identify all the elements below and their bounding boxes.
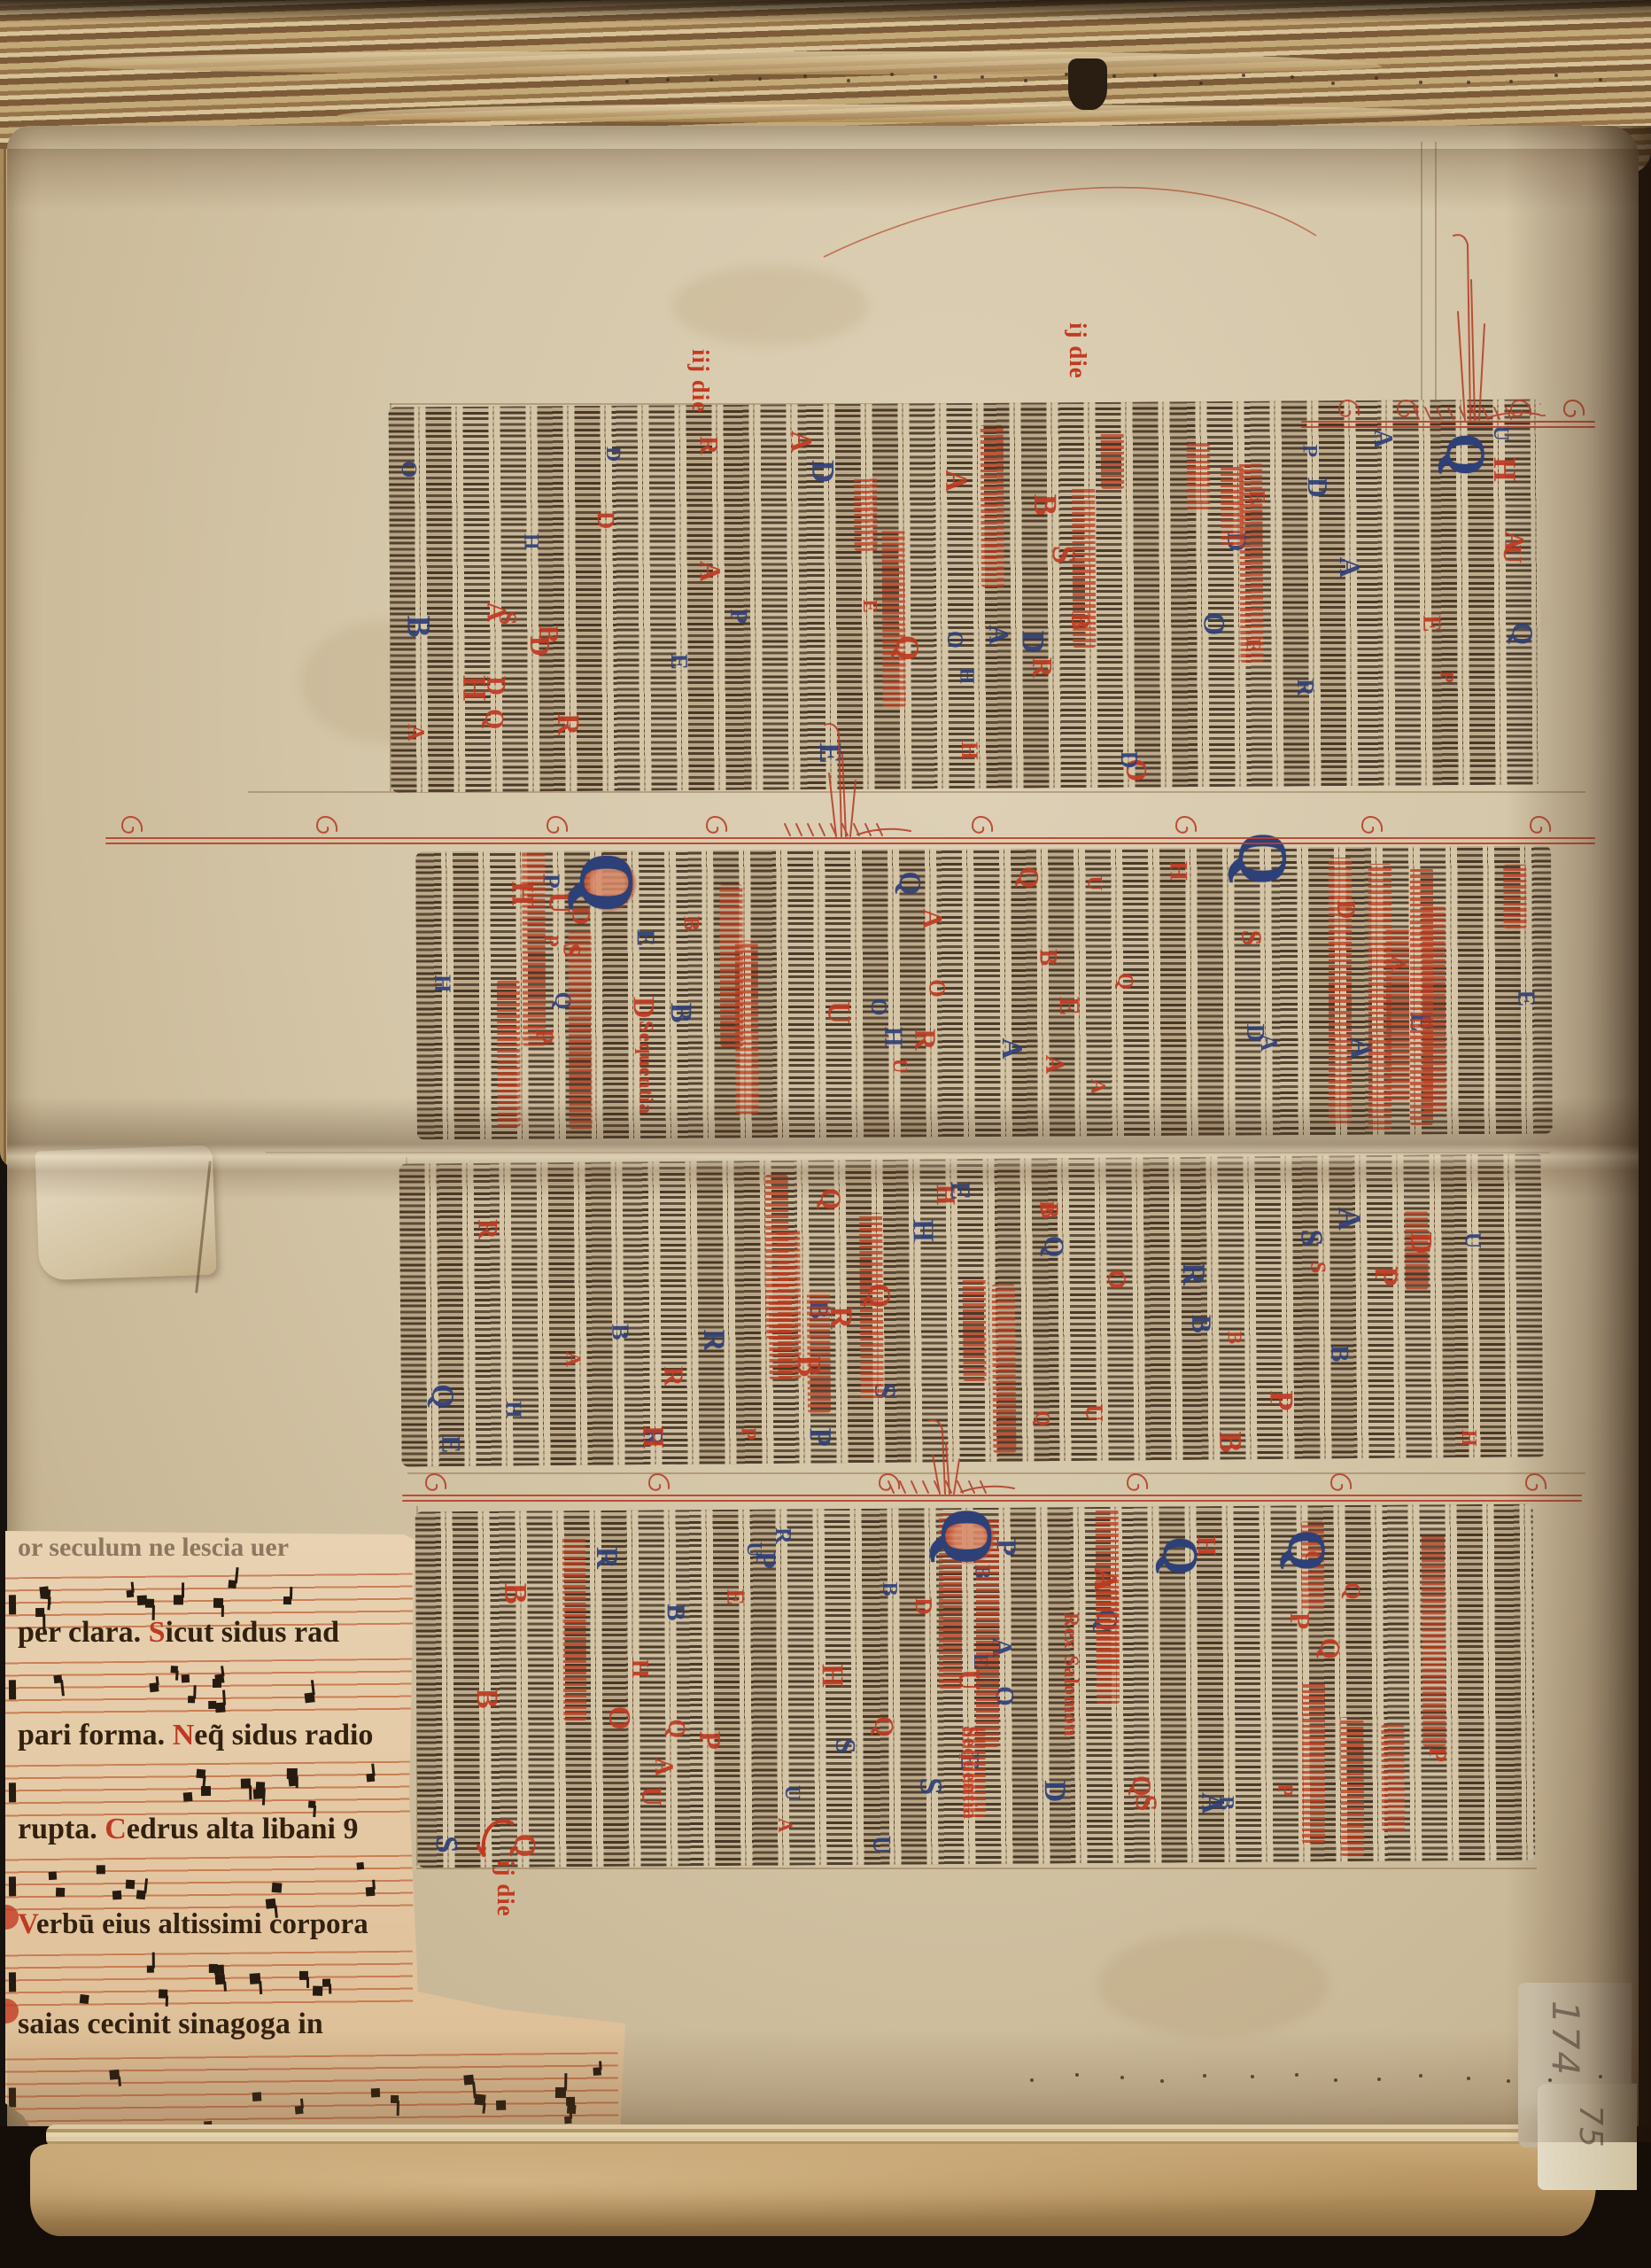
lombard-initial: H [501,1401,523,1418]
lombard-initial: Q [894,872,925,896]
music-staff [5,1951,414,2010]
rubric-word-sequentia: Sequentia [958,1726,981,1820]
lombard-initial: H [628,1658,652,1677]
lombard-initial: H [520,533,541,549]
neume-mark [289,1778,298,1787]
neume-mark [266,1898,276,1908]
neume-mark [171,1666,179,1674]
lombard-initial: U [868,1836,894,1854]
lombard-initial: P [1285,1612,1314,1629]
lombard-initial: A [1086,1078,1107,1093]
pricking-dot [758,77,762,81]
ruling-line [416,1868,1537,1869]
neume-mark [97,1865,106,1875]
red-initial: N [173,1719,195,1751]
lombard-initial: U [1081,1404,1105,1423]
shadow [7,149,1639,211]
rubric-line [562,1537,585,1720]
neume-mark [313,1986,323,1997]
red-initial: V [18,1908,36,1940]
lower-board-edge [30,2144,1596,2236]
neume-mark [159,1989,167,1998]
lombard-initial: O [1103,1270,1128,1290]
lombard-initial: Q [427,1384,459,1409]
clef-mark [9,1595,16,1614]
large-blue-initial: Q [1155,1536,1205,1575]
clef-mark [9,1680,16,1699]
red-flourish-band [106,732,1594,865]
lombard-initial: B [401,615,435,637]
neume-mark [228,1581,236,1589]
pricking-dot [1199,82,1203,85]
red-initial: C [105,1813,127,1845]
lombard-initial: Q [1039,1235,1067,1257]
marginal-note-upper-middle: ij die [1064,322,1091,379]
neume-mark [214,1674,225,1684]
rubric-line [1096,1590,1120,1668]
lombard-initial: P [1369,1266,1403,1286]
marginal-note-lower: ij die [492,1860,519,1917]
neume-mark [283,1596,291,1604]
rubric-line [963,1278,987,1380]
fragment-text: erbū eius altissimi corpora [36,1908,368,1940]
right-edge-shadow [1506,126,1651,2142]
lombard-initial: D [483,676,510,695]
pricking-dot [666,78,670,82]
lombard-initial: R [1177,1262,1210,1286]
parchment-stain [673,266,868,346]
lombard-initial: B [679,916,701,931]
red-flourish-band [403,1425,1581,1504]
neume-mark [308,1801,316,1809]
lombard-initial: A [786,431,816,453]
clef-mark [9,1783,16,1802]
neume-mark [366,1773,375,1782]
neume-mark [125,1879,135,1889]
red-initial: S [149,1616,166,1649]
lombard-initial: A [1041,1054,1067,1074]
neume-mark [182,1792,192,1802]
lombard-initial: S [1238,930,1267,946]
lombard-initial: B [1188,1314,1216,1332]
gothic-text-block: BRSBRBRBAUQSPBQPHREURRHSPOHQQEHQBPBDBABH [399,1153,1546,1466]
lombard-initial: E [1418,615,1444,633]
lombard-initial: A [1334,556,1363,578]
neume-mark [304,1692,314,1703]
rubric-line [1101,432,1124,489]
pricking-dot [1242,74,1245,77]
fragment-text-line: pari forma. Neq̃ sidus radio [5,1719,425,1752]
rubric-line [1341,1717,1365,1856]
lombard-initial: S [1306,1262,1328,1274]
lombard-initial: O [926,979,950,998]
lombard-initial: P [694,1730,725,1749]
lombard-initial: E [632,929,658,946]
lombard-initial: U [888,1058,909,1073]
lombard-initial: H [955,668,976,684]
lombard-initial: B [1327,1345,1353,1362]
rubric-line [1422,1534,1446,1747]
rubric-line [854,478,878,551]
neume-mark [215,1702,226,1713]
lombard-initial: Q [1128,1775,1155,1797]
rubric-line [859,1213,884,1399]
neume-mark [53,1674,62,1683]
lombard-initial: A [1369,429,1397,448]
lombard-initial: U [780,1785,802,1801]
fragment-text-line: rupta. Cedrus alta libani 9 [5,1813,425,1846]
neume-mark [208,1701,216,1709]
rubric-word-rex-salomon: Rex Salomon [1059,1612,1082,1737]
lombard-initial: B [471,1689,502,1709]
lombard-initial: A [919,909,946,929]
neume-mark [249,1973,260,1984]
lombard-initial: O [1198,612,1228,636]
photo-canvas: AAADBRHDRQHQAPDEEADDBODEOSPRAQUEASEODPHO… [0,0,1651,2268]
lombard-initial: U [742,1542,764,1557]
fragment-text: pari forma. [18,1719,173,1751]
lombard-initial: B [879,1581,900,1596]
lombard-initial: D [1242,1024,1267,1043]
lombard-initial: P [1424,1747,1449,1762]
lombard-initial: R [695,436,721,454]
neume-mark [214,1964,224,1974]
lombard-initial: D [628,997,659,1019]
pricking-dot [1075,2073,1079,2077]
page-edge-wave [337,105,1453,122]
lombard-initial: D [807,460,840,484]
neume-mark [112,1891,122,1900]
lombard-initial: A [773,1818,794,1833]
fragment-text: per clara. [18,1616,149,1649]
lombard-initial: D [1304,478,1332,498]
lombard-initial: Q [664,1719,689,1738]
rubric-line [881,528,905,706]
lombard-initial: Q [1340,1582,1362,1600]
rubric-line [1239,462,1264,662]
lombard-initial: A [1333,1207,1366,1231]
neume-mark [39,1587,49,1596]
music-staff [5,1761,414,1821]
lombard-initial: H [908,1219,937,1242]
fragment-text-line: per clara. Sicut sidus rad [5,1616,425,1650]
pricking-dot [625,80,629,83]
neume-mark [299,1971,308,1980]
music-staff [5,1855,414,1915]
lombard-initial: B [1035,950,1059,967]
large-blue-initial: Q [929,1507,1004,1565]
lombard-initial: B [662,1604,687,1621]
pricking-dot [1599,78,1602,82]
lombard-initial: D [602,447,624,462]
lombard-initial: S [1297,1229,1328,1247]
paraph-mark [471,1809,524,1862]
lombard-initial: D [911,1597,936,1615]
lombard-initial: A [940,470,971,492]
lombard-initial: Q [1015,866,1043,889]
marginal-note-upper-left: iij die [686,349,714,413]
lombard-initial: P [1263,1390,1297,1411]
pricking-dot [1251,2075,1254,2078]
fragment-text: edrus alta libani 9 [127,1813,359,1845]
lombard-initial: B [1035,1202,1061,1219]
page-edge-wave [53,51,1382,74]
lombard-initial: O [944,631,967,649]
large-blue-initial: Q [1280,1530,1333,1572]
lombard-initial: Q [1031,1410,1051,1425]
neume-mark [174,1596,183,1605]
lombard-initial: B [1224,1331,1244,1344]
lombard-initial: B [500,1582,531,1604]
lombard-initial: R [660,1366,687,1386]
lombard-initial: P [1274,1783,1295,1797]
lombard-initial: U [1083,876,1105,891]
lombard-initial: B [1028,494,1061,517]
pricking-dot [709,78,713,82]
neume-mark [271,1883,281,1892]
music-staff [5,1658,414,1718]
fragment-text: rupta. [18,1813,105,1845]
lombard-initial: U [1461,1231,1484,1248]
lombard-initial: O [603,1706,634,1730]
fragment-text: or seculum ne lescia uer [18,1533,289,1562]
rubric-line [1405,1211,1429,1290]
lombard-initial: P [727,609,752,624]
lombard-initial: U [823,1001,855,1024]
lombard-initial: B [608,1324,633,1340]
lombard-initial: P [1298,445,1320,457]
lombard-initial: D [525,636,554,656]
pricking-dot [1467,81,1470,84]
neume-mark [182,1674,190,1683]
lombard-initial: D [1038,1781,1069,1803]
lombard-initial: H [817,1664,848,1688]
neume-mark [79,1994,88,2003]
clef-mark [9,1972,16,1992]
lombard-initial: A [562,1351,584,1367]
lombard-initial: R [910,1029,940,1051]
lombard-initial: Q [480,709,507,730]
neume-mark [287,1768,298,1779]
rubric-line [1302,1683,1325,1843]
lombard-initial: R [1028,656,1057,677]
rubric-line [1072,487,1096,649]
lombard-initial: E [1056,997,1084,1016]
pricking-dot [934,75,937,79]
rubric-line [1410,868,1433,1125]
rubric-line [1187,443,1211,509]
lombard-initial: A [1197,1792,1228,1814]
fragment-text: eq̃ sidus radio [194,1719,373,1751]
lombard-initial: Q [871,1716,897,1737]
lombard-initial: A [694,560,725,582]
rubric-line [981,425,1004,587]
neume-mark [201,1786,211,1796]
neume-mark [366,1886,376,1896]
lombard-initial: A [650,1758,677,1777]
neume-mark [215,1974,225,1984]
lombard-initial: S [430,1836,462,1853]
lombard-initial: S [915,1777,947,1795]
lombard-initial: R [771,1527,794,1544]
neume-mark [188,1696,195,1703]
lombard-initial: R [1293,679,1317,696]
pricking-dot [1419,2074,1422,2078]
pricking-dot [1030,2078,1034,2082]
lombard-initial: U [637,1786,665,1806]
gutter-fold-shadow [7,1097,1639,1200]
lombard-initial: A [985,625,1013,645]
lombard-initial: E [859,599,880,612]
pricking-dot [1377,2078,1381,2081]
lombard-initial: P [1438,672,1457,684]
lombard-initial: E [723,1588,748,1605]
lombard-initial: A [996,1037,1026,1059]
lombard-initial: H [880,1027,905,1047]
pricking-dot [1419,81,1422,84]
rubric-line [807,1292,831,1413]
pricking-dot [1599,2075,1602,2078]
neume-mark [213,1598,223,1608]
rubric-line [1329,858,1352,1123]
lombard-initial: Q [1113,973,1136,990]
lombard-initial: B [665,1003,696,1023]
lombard-initial: D [592,511,616,530]
parchment-stain [1098,1931,1329,2038]
rubric-line [719,884,743,1047]
pricking-dot [1334,2078,1337,2082]
neume-mark [136,1890,145,1899]
lombard-initial: H [430,975,453,993]
rubric-line [769,1295,793,1379]
rubric-line [522,851,546,1046]
fragment-text-line: Verbū eius altissimi corpora [5,1908,425,1941]
neume-mark [356,1862,364,1870]
lombard-initial: O [397,461,419,478]
lombard-initial: O [867,998,890,1016]
fragment-text-line: or seculum ne lescia uer [5,1533,425,1563]
neume-mark [322,1979,330,1987]
lombard-initial: D [1017,630,1049,653]
lombard-initial: Q [1316,1637,1344,1658]
rubric-line [1381,1725,1405,1831]
neume-mark [147,1966,155,1974]
neume-mark [145,1599,154,1608]
edge-damage-hole [1068,58,1107,110]
pricking-dot [1291,75,1294,79]
lombard-initial: E [667,654,691,670]
lombard-initial: R [698,1329,729,1351]
lombard-initial: S [1130,1795,1161,1812]
neume-mark [252,1789,263,1799]
lombard-initial: S [832,1738,860,1754]
neume-mark [56,1887,65,1896]
lombard-initial: S [494,611,519,625]
lombard-initial: R [474,1219,502,1239]
neume-mark [240,1779,251,1790]
large-blue-initial: Q [1438,433,1492,476]
neume-mark [49,1871,57,1879]
neume-mark [150,1682,160,1693]
fragment-text: icut sidus rad [166,1616,340,1649]
rubric-line [1368,864,1391,1130]
clef-mark [9,1876,16,1896]
neume-mark [196,1768,205,1778]
lombard-initial: R [591,1547,622,1569]
neume-mark [127,1590,135,1598]
pricking-dot [1160,2079,1164,2083]
